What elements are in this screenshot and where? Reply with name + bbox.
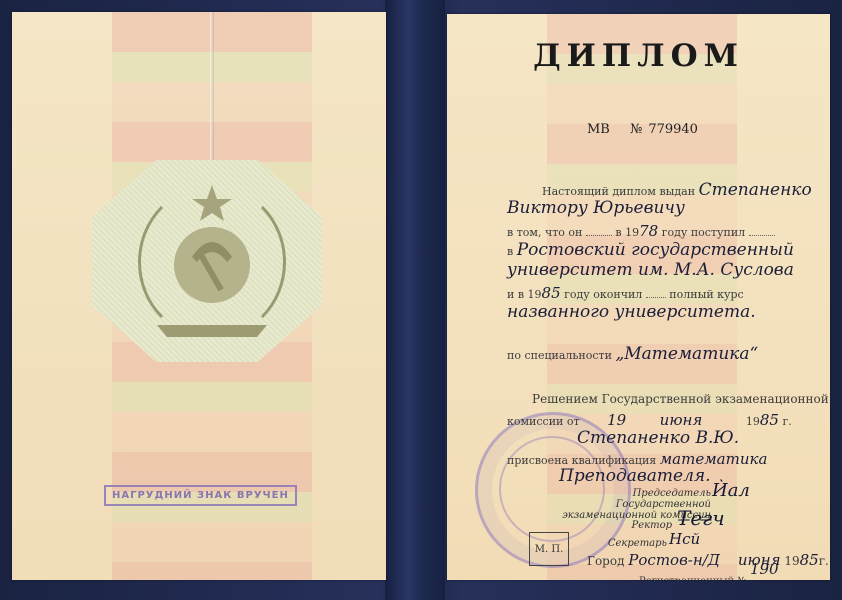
registration-number: 190 bbox=[750, 560, 779, 578]
registration-label: Регистрационный № bbox=[639, 576, 747, 580]
in-label: в bbox=[615, 226, 621, 239]
rector-label: Ректор bbox=[607, 520, 672, 531]
decision-month: июня bbox=[660, 411, 703, 429]
seal-place-box: М. П. bbox=[529, 532, 569, 566]
in-label-2: в bbox=[507, 245, 513, 258]
year-prefix: 19 bbox=[746, 415, 760, 428]
qualification-line-2: Преподавателя. bbox=[559, 466, 820, 486]
cover-spine bbox=[385, 0, 445, 600]
decision-line: Решением Государственной экзаменационной bbox=[532, 392, 820, 406]
and-in-label: и в bbox=[507, 288, 524, 301]
entered-label: году поступил bbox=[662, 226, 745, 239]
diploma-title: ДИПЛОМ bbox=[447, 38, 830, 74]
date-year: 85 bbox=[800, 551, 819, 569]
diploma-number: МВ №779940 bbox=[587, 122, 714, 137]
entered-line: в том, что он в 1978 году поступил bbox=[507, 222, 820, 240]
commission-label: комиссии от bbox=[507, 415, 580, 428]
city-label: Город bbox=[587, 554, 624, 568]
finished-label: году окончил bbox=[564, 288, 642, 301]
course-of: названного университета. bbox=[507, 302, 756, 322]
secretary-signature: Нсй bbox=[669, 530, 700, 548]
chair-signature: Ѝал bbox=[712, 480, 750, 501]
commission-date-line: комиссии от 19 июня 1985 г. bbox=[507, 411, 820, 429]
rector-signature: Т̶ег̶ч bbox=[677, 506, 725, 530]
in-that-label: в том, что он bbox=[507, 226, 582, 239]
number-sign: № bbox=[630, 122, 642, 137]
series: МВ bbox=[587, 122, 610, 137]
year-prefix: 19 bbox=[528, 288, 542, 301]
finished-line: и в 1985 году окончил полный курс bbox=[507, 284, 820, 302]
university-line-1: в Ростовский государственный bbox=[507, 240, 820, 260]
city: Ростов-н/Д bbox=[628, 551, 720, 569]
year-prefix: 19 bbox=[625, 226, 639, 239]
full-course-label: полный курс bbox=[669, 288, 743, 301]
decision-day: 19 bbox=[607, 411, 626, 429]
year-suffix: г. bbox=[819, 554, 829, 568]
right-page: ДИПЛОМ МВ №779940 Настоящий диплом выдан… bbox=[447, 14, 830, 580]
decision-label: Решением Государственной экзаменационной bbox=[532, 392, 829, 406]
decision-year: 85 bbox=[760, 411, 779, 429]
given-name: Виктору Юрьевичу bbox=[507, 198, 685, 218]
left-page: НАГРУДНИЙ ЗНАК ВРУЧЕН bbox=[12, 12, 386, 580]
recipient: Степаненко В.Ю. bbox=[577, 428, 739, 448]
university-line-2: университет им. М.А. Суслова bbox=[507, 260, 820, 280]
name-line: Виктору Юрьевичу bbox=[507, 198, 820, 218]
year-suffix: г. bbox=[782, 415, 791, 428]
university-name-1: Ростовский государственный bbox=[517, 240, 794, 260]
number-value: 779940 bbox=[648, 122, 698, 137]
qualification-2: Преподавателя. bbox=[559, 466, 711, 486]
registration-line: Регистрационный № 190 bbox=[639, 570, 820, 580]
issued-label: Настоящий диплом выдан bbox=[542, 185, 695, 198]
year-prefix: 19 bbox=[784, 554, 799, 568]
issued-line: Настоящий диплом выдан Степаненко bbox=[542, 180, 820, 200]
year-finished: 85 bbox=[542, 284, 561, 302]
specialty-label: по специальности bbox=[507, 349, 612, 362]
university-name-2: университет им. М.А. Суслова bbox=[507, 260, 794, 280]
badge-issued-stamp: НАГРУДНИЙ ЗНАК ВРУЧЕН bbox=[104, 485, 297, 506]
secretary-label: Секретарь bbox=[597, 538, 667, 549]
recipient-line: Степаненко В.Ю. bbox=[577, 428, 820, 448]
specialty: „Математика“ bbox=[615, 344, 758, 364]
city-date-line: Город Ростов-н/Д июня 1985г. bbox=[587, 551, 820, 569]
year-entered: 78 bbox=[639, 222, 658, 240]
ussr-coat-of-arms-icon bbox=[122, 177, 302, 352]
surname: Степаненко bbox=[699, 180, 812, 200]
specialty-line: по специальности „Математика“ bbox=[507, 344, 820, 364]
course-line: названного университета. bbox=[507, 302, 820, 322]
